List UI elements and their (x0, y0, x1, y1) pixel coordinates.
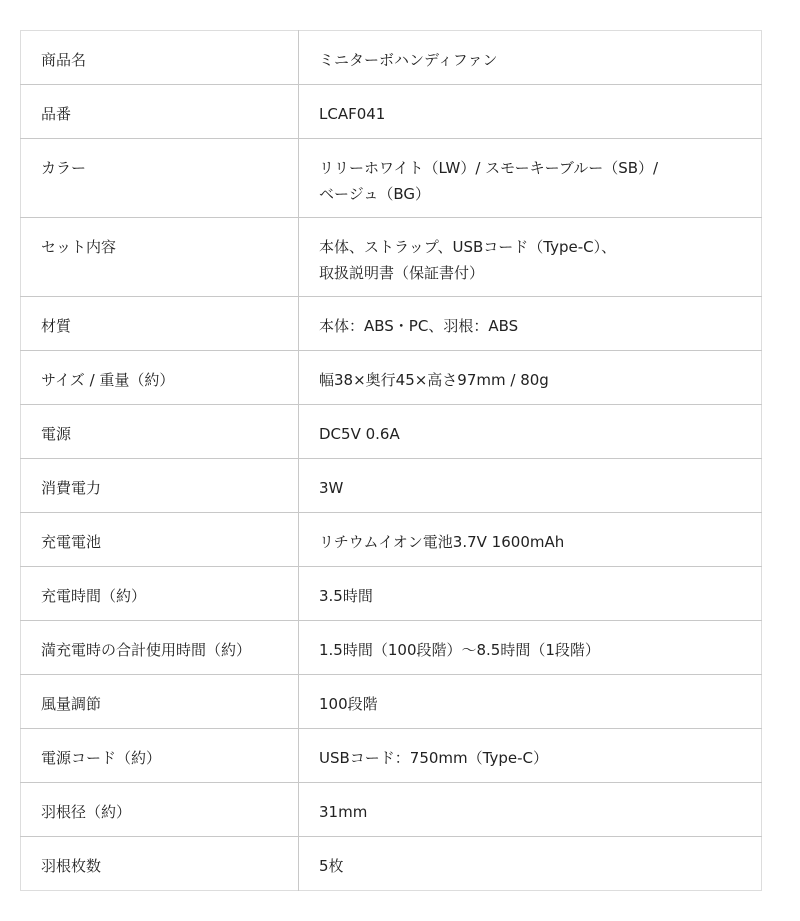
spec-value-line: LCAF041 (319, 101, 741, 127)
spec-row-airflow-levels: 風量調節 100段階 (21, 675, 762, 729)
spec-value-line: DC5V 0.6A (319, 421, 741, 447)
spec-label: 充電時間（約） (21, 567, 299, 621)
spec-value-line: 幅38×奥行45×高さ97mm / 80g (319, 367, 741, 393)
spec-row-power-consumption: 消費電力 3W (21, 459, 762, 513)
spec-value-line: 3.5時間 (319, 583, 741, 609)
spec-row-blade-diameter: 羽根径（約） 31mm (21, 783, 762, 837)
spec-label: 充電電池 (21, 513, 299, 567)
spec-row-charge-time: 充電時間（約） 3.5時間 (21, 567, 762, 621)
spec-value: 5枚 (299, 837, 762, 891)
spec-value: 100段階 (299, 675, 762, 729)
spec-value-line: 1.5時間（100段階）〜8.5時間（1段階） (319, 637, 741, 663)
spec-row-set-contents: セット内容 本体、ストラップ、USBコード（Type-C）、 取扱説明書（保証書… (21, 218, 762, 297)
spec-value-line: リチウムイオン電池3.7V 1600mAh (319, 529, 741, 555)
spec-value: ミニターボハンディファン (299, 31, 762, 85)
spec-label: 羽根枚数 (21, 837, 299, 891)
spec-value: 3W (299, 459, 762, 513)
spec-value: 3.5時間 (299, 567, 762, 621)
spec-value: リリーホワイト（LW）/ スモーキーブルー（SB）/ ベージュ（BG） (299, 139, 762, 218)
spec-value: リチウムイオン電池3.7V 1600mAh (299, 513, 762, 567)
spec-label: 消費電力 (21, 459, 299, 513)
spec-value: DC5V 0.6A (299, 405, 762, 459)
spec-value: 1.5時間（100段階）〜8.5時間（1段階） (299, 621, 762, 675)
spec-value-line: 取扱説明書（保証書付） (319, 260, 741, 286)
spec-value: 本体、ストラップ、USBコード（Type-C）、 取扱説明書（保証書付） (299, 218, 762, 297)
spec-value-line: リリーホワイト（LW）/ スモーキーブルー（SB）/ (319, 155, 741, 181)
spec-row-blade-count: 羽根枚数 5枚 (21, 837, 762, 891)
spec-row-battery: 充電電池 リチウムイオン電池3.7V 1600mAh (21, 513, 762, 567)
spec-value: 31mm (299, 783, 762, 837)
spec-label: 風量調節 (21, 675, 299, 729)
spec-label: サイズ / 重量（約） (21, 351, 299, 405)
spec-value-line: USBコード：750mm（Type-C） (319, 745, 741, 771)
spec-value-line: 100段階 (319, 691, 741, 717)
spec-value-line: 5枚 (319, 853, 741, 879)
spec-label: 羽根径（約） (21, 783, 299, 837)
spec-row-size-weight: サイズ / 重量（約） 幅38×奥行45×高さ97mm / 80g (21, 351, 762, 405)
spec-value: USBコード：750mm（Type-C） (299, 729, 762, 783)
spec-row-model-number: 品番 LCAF041 (21, 85, 762, 139)
spec-label: カラー (21, 139, 299, 218)
spec-row-power-cord: 電源コード（約） USBコード：750mm（Type-C） (21, 729, 762, 783)
spec-value: LCAF041 (299, 85, 762, 139)
spec-row-usage-time: 満充電時の合計使用時間（約） 1.5時間（100段階）〜8.5時間（1段階） (21, 621, 762, 675)
spec-value-line: 本体：ABS・PC、羽根：ABS (319, 313, 741, 339)
spec-value-line: ミニターボハンディファン (319, 47, 741, 73)
spec-label: 商品名 (21, 31, 299, 85)
spec-label: 品番 (21, 85, 299, 139)
spec-label: 電源 (21, 405, 299, 459)
spec-label: 電源コード（約） (21, 729, 299, 783)
spec-row-power-source: 電源 DC5V 0.6A (21, 405, 762, 459)
spec-value-line: 31mm (319, 799, 741, 825)
spec-value-line: ベージュ（BG） (319, 181, 741, 207)
spec-row-material: 材質 本体：ABS・PC、羽根：ABS (21, 297, 762, 351)
spec-row-color: カラー リリーホワイト（LW）/ スモーキーブルー（SB）/ ベージュ（BG） (21, 139, 762, 218)
spec-value-line: 本体、ストラップ、USBコード（Type-C）、 (319, 234, 741, 260)
spec-value: 本体：ABS・PC、羽根：ABS (299, 297, 762, 351)
spec-label: セット内容 (21, 218, 299, 297)
product-spec-table: 商品名 ミニターボハンディファン 品番 LCAF041 カラー リリーホワイト（… (20, 30, 762, 891)
spec-value: 幅38×奥行45×高さ97mm / 80g (299, 351, 762, 405)
spec-row-product-name: 商品名 ミニターボハンディファン (21, 31, 762, 85)
spec-value-line: 3W (319, 475, 741, 501)
spec-label: 材質 (21, 297, 299, 351)
spec-label: 満充電時の合計使用時間（約） (21, 621, 299, 675)
